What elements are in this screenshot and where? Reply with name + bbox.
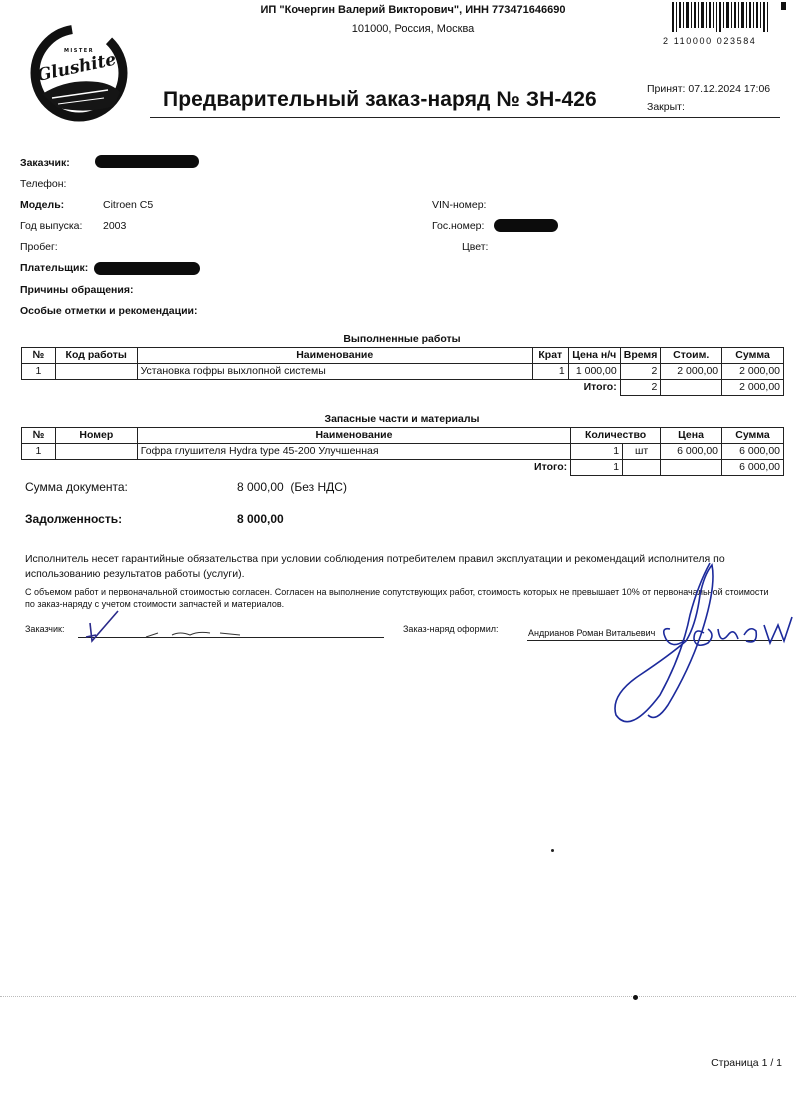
- table-row: 1 Гофра глушителя Hydra type 45-200 Улуч…: [22, 444, 784, 460]
- parts-total-unit: [623, 460, 661, 476]
- col-mult: Крат: [532, 348, 568, 364]
- mileage-label: Пробег:: [20, 241, 58, 253]
- works-table: № Код работы Наименование Крат Цена н/ч …: [21, 347, 784, 396]
- customer-signature-label: Заказчик:: [25, 623, 64, 635]
- plate-value-redacted: [494, 219, 558, 232]
- col-sum: Сумма: [722, 348, 784, 364]
- row-num: 1: [22, 444, 56, 460]
- row-name: Установка гофры выхлопной системы: [137, 364, 532, 380]
- works-section-title: Выполненные работы: [20, 333, 784, 345]
- row-num: 1: [22, 364, 56, 380]
- accepted-value: 07.12.2024 17:06: [688, 83, 770, 95]
- parts-total-price: [661, 460, 722, 476]
- col-cost: Стоим.: [661, 348, 722, 364]
- closed-date: Закрыт:: [647, 101, 685, 113]
- row-sum: 2 000,00: [722, 364, 784, 380]
- notes-label: Особые отметки и рекомендации:: [20, 305, 198, 317]
- customer-signature-icon: [80, 605, 260, 645]
- barcode: 2 110000 023584: [660, 2, 786, 44]
- col-qty: Количество: [571, 428, 661, 444]
- row-unit: шт: [623, 444, 661, 460]
- works-total-row: Итого: 2 2 000,00: [22, 380, 784, 396]
- works-total-sum: 2 000,00: [722, 380, 784, 396]
- table-row: 1 Установка гофры выхлопной системы 1 1 …: [22, 364, 784, 380]
- parts-total-label: Итого:: [137, 460, 570, 476]
- row-number: [55, 444, 137, 460]
- model-value: Citroen C5: [103, 199, 153, 211]
- row-mult: 1: [532, 364, 568, 380]
- col-rate: Цена н/ч: [568, 348, 620, 364]
- works-total-time: 2: [620, 380, 661, 396]
- parts-section-title: Запасные части и материалы: [20, 413, 784, 425]
- payer-value-redacted: [94, 262, 200, 275]
- col-number: Номер: [55, 428, 137, 444]
- model-label: Модель:: [20, 199, 64, 211]
- car-muffler-logo-icon: MISTER Glushitel: [28, 22, 130, 124]
- scan-artifact-dot: [633, 995, 638, 1000]
- document-sum-value: 8 000,00 (Без НДС): [237, 480, 347, 494]
- row-code: [55, 364, 137, 380]
- col-num: №: [22, 428, 56, 444]
- accepted-date: Принят: 07.12.2024 17:06: [647, 83, 770, 95]
- title-divider: [150, 117, 780, 118]
- page-title: Предварительный заказ-наряд № ЗН-426: [163, 88, 597, 112]
- row-sum: 6 000,00: [722, 444, 784, 460]
- reasons-label: Причины обращения:: [20, 284, 133, 296]
- year-label: Год выпуска:: [20, 220, 82, 232]
- row-name: Гофра глушителя Hydra type 45-200 Улучше…: [137, 444, 570, 460]
- works-total-label: Итого:: [532, 380, 620, 396]
- col-code: Код работы: [55, 348, 137, 364]
- col-sum: Сумма: [722, 428, 784, 444]
- page-number: Страница 1 / 1: [711, 1057, 782, 1069]
- year-value: 2003: [103, 220, 126, 232]
- debt-value: 8 000,00: [237, 512, 284, 526]
- works-total-cost: [661, 380, 722, 396]
- scan-artifact-line: [0, 996, 796, 998]
- closed-label: Закрыт:: [647, 101, 685, 113]
- customer-label: Заказчик:: [20, 157, 70, 169]
- accepted-label: Принят:: [647, 83, 685, 95]
- row-price: 6 000,00: [661, 444, 722, 460]
- payer-label: Плательщик:: [20, 262, 88, 274]
- debt-label: Задолженность:: [25, 512, 122, 526]
- issuer-signature-icon: [600, 555, 796, 745]
- works-table-header: № Код работы Наименование Крат Цена н/ч …: [22, 348, 784, 364]
- barcode-icon: [660, 2, 786, 32]
- row-time: 2: [620, 364, 661, 380]
- svg-text:MISTER: MISTER: [64, 48, 94, 54]
- phone-label: Телефон:: [20, 178, 66, 190]
- col-price: Цена: [661, 428, 722, 444]
- row-rate: 1 000,00: [568, 364, 620, 380]
- col-name: Наименование: [137, 428, 570, 444]
- parts-total-qty: 1: [571, 460, 623, 476]
- color-label: Цвет:: [462, 241, 488, 253]
- parts-total-sum: 6 000,00: [722, 460, 784, 476]
- scan-artifact-dot: [551, 849, 554, 852]
- col-name: Наименование: [137, 348, 532, 364]
- plate-label: Гос.номер:: [432, 220, 484, 232]
- vin-label: VIN-номер:: [432, 199, 486, 211]
- issuer-label: Заказ-наряд оформил:: [403, 623, 499, 635]
- parts-table-header: № Номер Наименование Количество Цена Сум…: [22, 428, 784, 444]
- barcode-number: 2 110000 023584: [660, 36, 786, 46]
- company-logo: MISTER Glushitel: [28, 22, 130, 124]
- row-cost: 2 000,00: [661, 364, 722, 380]
- document-sum-label: Сумма документа:: [25, 480, 128, 494]
- parts-table: № Номер Наименование Количество Цена Сум…: [21, 427, 784, 476]
- parts-total-row: Итого: 1 6 000,00: [22, 460, 784, 476]
- col-num: №: [22, 348, 56, 364]
- row-qty: 1: [571, 444, 623, 460]
- col-time: Время: [620, 348, 661, 364]
- customer-value-redacted: [95, 155, 199, 168]
